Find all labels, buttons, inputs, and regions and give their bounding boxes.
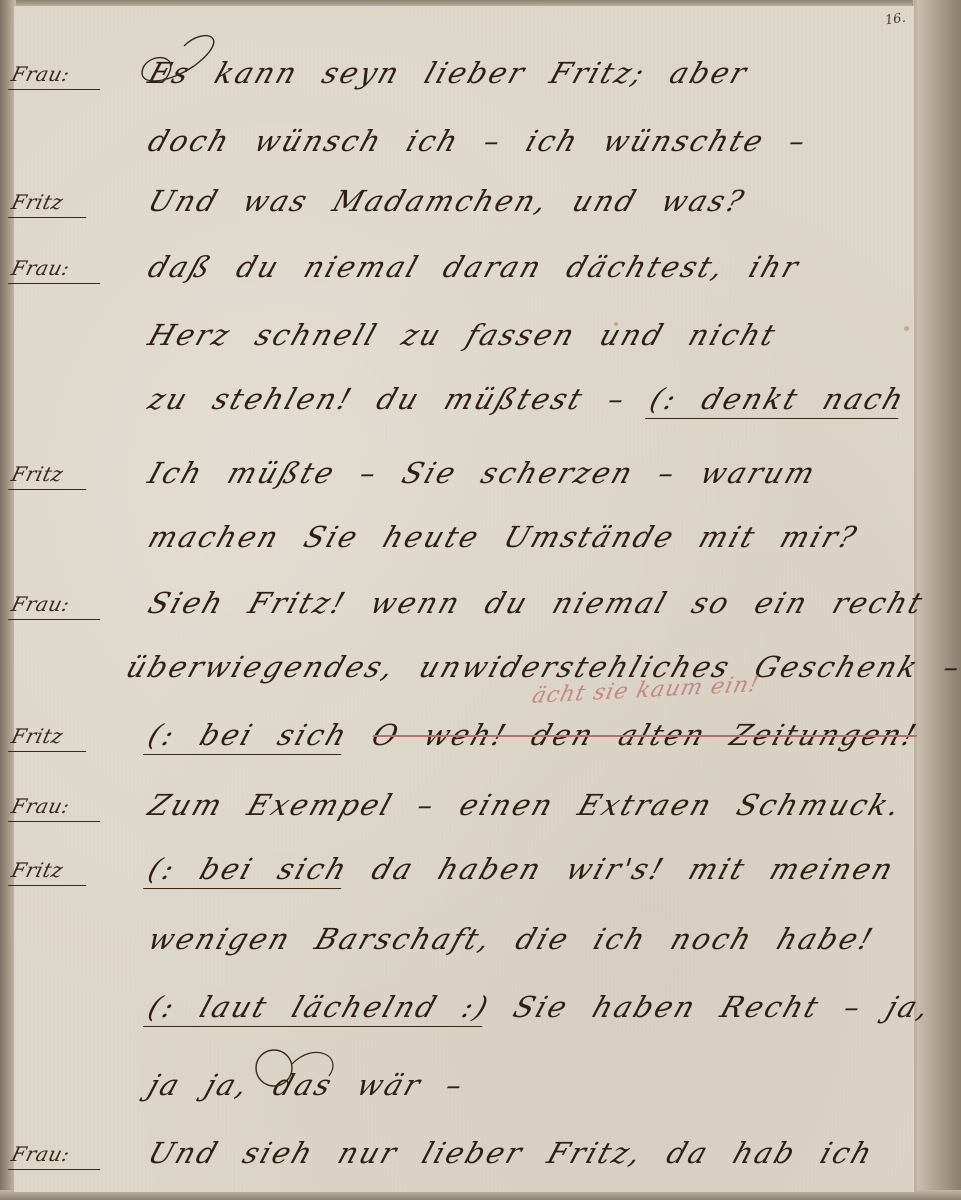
stage-direction: (: bei sich <box>143 852 353 889</box>
speaker-label: Frau: <box>8 1142 107 1170</box>
manuscript-line: Fritz Ich müßte – Sie scherzen – warum <box>14 444 914 508</box>
folio-number: 16. <box>884 11 907 29</box>
speaker-label: Fritz <box>8 858 93 886</box>
speaker-label: Frau: <box>8 794 107 822</box>
line-text: (: bei sich O weh! den alten Zeitungen! <box>144 718 923 752</box>
manuscript-line: Frau: Sieh Fritz! wenn du niemal so ein … <box>14 574 914 638</box>
manuscript-line: Frau: Und sieh nur lieber Fritz, da hab … <box>14 1124 914 1188</box>
manuscript-line: Frau: Es kann seyn lieber Fritz; aber <box>14 44 914 108</box>
line-text: (: bei sich da haben wir's! mit meinen <box>144 852 900 886</box>
line-text: daß du niemal daran dächtest, ihr <box>144 250 805 284</box>
line-text-main: Sie haben Recht – ja, <box>509 990 936 1024</box>
manuscript-line: doch wünsch ich – ich wünschte – <box>14 112 914 176</box>
line-text: Ich müßte – Sie scherzen – warum <box>144 456 821 490</box>
manuscript-line: Herz schnell zu fassen und nicht <box>14 306 914 370</box>
line-text: Herz schnell zu fassen und nicht <box>144 318 782 352</box>
line-text: Und sieh nur lieber Fritz, da hab ich <box>144 1136 879 1170</box>
line-text-main: zu stehlen! du müßtest – <box>144 382 631 416</box>
manuscript-line: Fritz (: bei sich O weh! den alten Zeitu… <box>14 706 914 770</box>
line-text: machen Sie heute Umstände mit mir? <box>144 520 863 554</box>
line-text: Sieh Fritz! wenn du niemal so ein recht <box>144 586 929 620</box>
speaker-label: Frau: <box>8 62 107 90</box>
speaker-label: Fritz <box>8 462 93 490</box>
speaker-label: Frau: <box>8 592 107 620</box>
manuscript-line: Frau: Zum Exempel – einen Extraen Schmuc… <box>14 776 914 840</box>
line-text: überwiegendes, unwiderstehliches Geschen… <box>122 650 961 684</box>
line-text: Zum Exempel – einen Extraen Schmuck. <box>144 788 907 822</box>
speaker-label: Frau: <box>8 256 107 284</box>
stage-direction: (: bei sich <box>143 718 353 755</box>
stage-direction: (: denkt nach <box>645 382 910 419</box>
manuscript-line: (: laut lächelnd :) Sie haben Recht – ja… <box>14 978 914 1042</box>
manuscript-line: zu stehlen! du müßtest – (: denkt nach <box>14 370 914 434</box>
speaker-label: Fritz <box>8 190 93 218</box>
line-text: Es kann seyn lieber Fritz; aber <box>144 56 753 90</box>
manuscript-line: machen Sie heute Umstände mit mir? <box>14 508 914 572</box>
manuscript-line: überwiegendes, unwiderstehliches Geschen… <box>14 638 914 702</box>
line-text: (: laut lächelnd :) Sie haben Recht – ja… <box>144 990 936 1024</box>
line-text: wenigen Barschaft, die ich noch habe! <box>144 922 879 956</box>
manuscript-line: ja ja, das wär – <box>14 1056 914 1120</box>
line-text: ja ja, das wär – <box>144 1068 469 1102</box>
stage-direction: (: laut lächelnd :) <box>143 990 495 1027</box>
manuscript-line: wenigen Barschaft, die ich noch habe! <box>14 910 914 974</box>
speaker-label: Fritz <box>8 724 93 752</box>
struck-text: O weh! den alten Zeitungen! <box>368 718 923 752</box>
manuscript-line: Fritz (: bei sich da haben wir's! mit me… <box>14 840 914 904</box>
line-text: Und was Madamchen, und was? <box>144 184 750 218</box>
line-text-main: da haben wir's! mit meinen <box>368 852 900 886</box>
line-text: zu stehlen! du müßtest – (: denkt nach <box>144 382 910 416</box>
manuscript-line: Frau: daß du niemal daran dächtest, ihr <box>14 238 914 302</box>
line-text: doch wünsch ich – ich wünschte – <box>144 124 812 158</box>
manuscript-line: Fritz Und was Madamchen, und was? <box>14 172 914 236</box>
manuscript-page: 16. Frau: Es kann seyn lieber Fritz; abe… <box>14 6 914 1192</box>
